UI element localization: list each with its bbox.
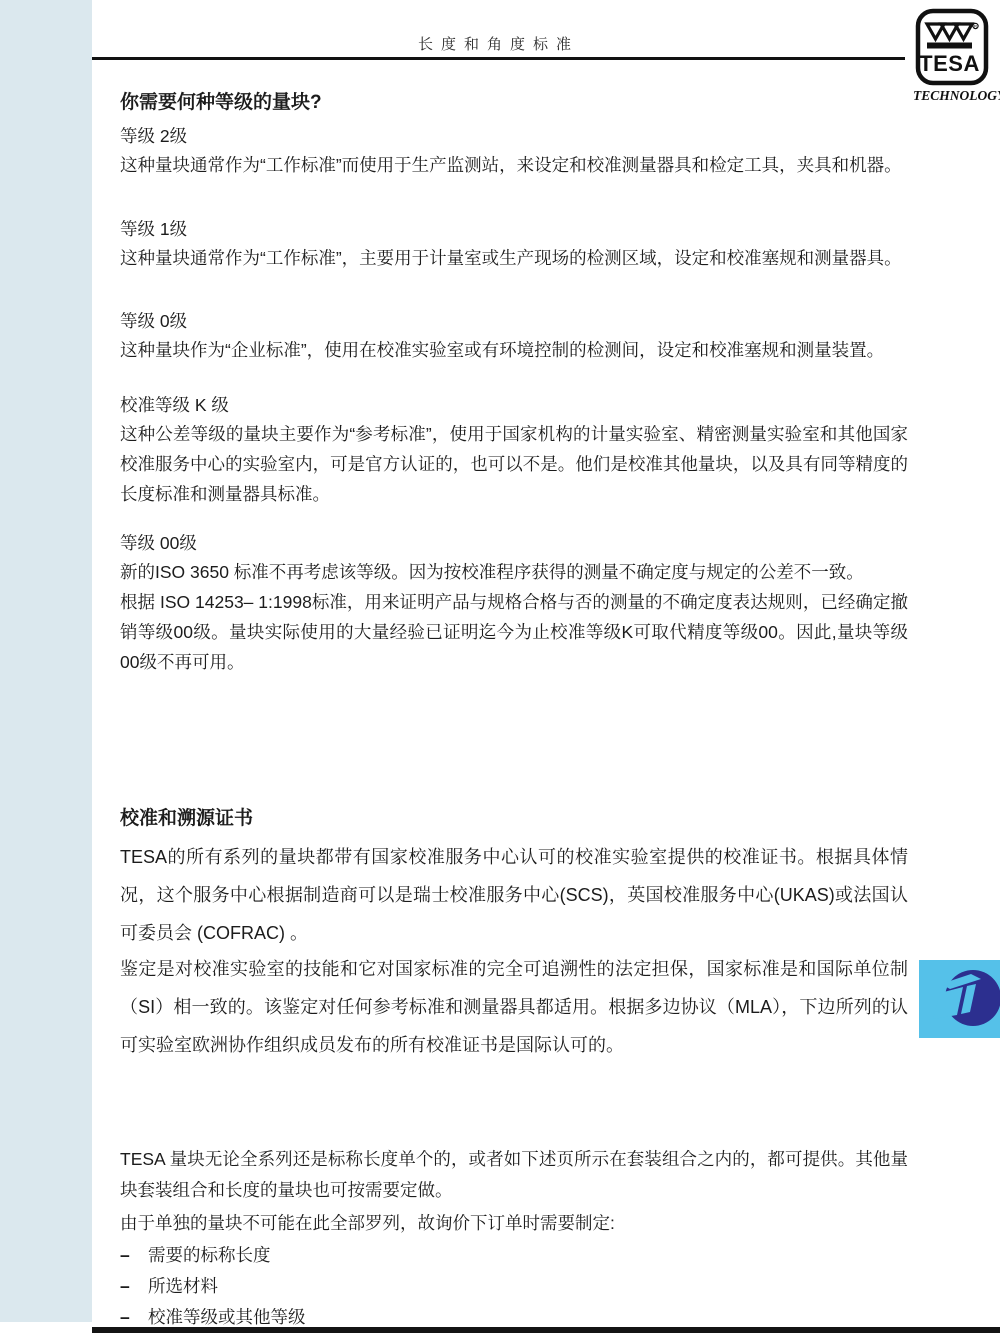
ordering-bullet-list: – 需要的标称长度 – 所选材料 – 校准等级或其他等级: [120, 1240, 908, 1333]
tesa-logo: R TESA TECHNOLOGY: [913, 8, 991, 104]
grade-heading: 等级 1级: [120, 215, 908, 243]
grade-section-00: 等级 00级 新的ISO 3650 标准不再考虑该等级。因为按校准程序获得的测量…: [120, 529, 908, 677]
svg-text:TESA: TESA: [919, 51, 980, 76]
calibration-paragraph-2: 鉴定是对校准实验室的技能和它对国家标准的完全可追溯性的法定担保，国家标准是和国际…: [120, 950, 908, 1064]
calibration-paragraph-1: TESA的所有系列的量块都带有国家校准服务中心认可的校准实验室提供的校准证书。根…: [120, 838, 908, 952]
bullet-text: 需要的标称长度: [148, 1240, 271, 1271]
grade-body-line-2: 根据 ISO 14253– 1:1998标准，用来证明产品与规格合格与否的测量的…: [120, 587, 908, 677]
footer-rule: [92, 1327, 1000, 1333]
bullet-text: 所选材料: [148, 1271, 218, 1302]
grade-section-1: 等级 1级 这种量块通常作为“工作标准”，主要用于计量室或生产现场的检测区域，设…: [120, 215, 908, 273]
left-margin-band: [0, 0, 92, 1322]
grade-body: 新的ISO 3650 标准不再考虑该等级。因为按校准程序获得的测量不确定度与规定…: [120, 557, 908, 677]
page-title: 你需要何种等级的量块?: [120, 90, 908, 116]
header-rule: [92, 57, 905, 60]
grade-section-k: 校准等级 K 级 这种公差等级的量块主要作为“参考标准”，使用于国家机构的计量实…: [120, 391, 908, 509]
list-item: – 需要的标称长度: [120, 1240, 908, 1271]
grade-body: 这种公差等级的量块主要作为“参考标准”，使用于国家机构的计量实验室、精密测量实验…: [120, 419, 908, 509]
ordering-paragraph-2: 由于单独的量块不可能在此全部罗列，故询价下订单时需要制定:: [120, 1208, 908, 1239]
bullet-dash-icon: –: [120, 1271, 148, 1302]
tesa-tagline: TECHNOLOGY: [913, 88, 991, 104]
grade-section-2: 等级 2级 这种量块通常作为“工作标准”而使用于生产监测站，来设定和校准测量器具…: [120, 122, 908, 180]
grade-body: 这种量块作为“企业标准”，使用在校准实验室或有环境控制的检测间，设定和校准塞规和…: [120, 335, 908, 365]
grade-body: 这种量块通常作为“工作标准”而使用于生产监测站，来设定和校准测量器具和检定工具，…: [120, 150, 908, 180]
catalog-page: { "colors": { "sidebar": "#dbe8ee", "rul…: [0, 0, 1000, 1334]
bullet-dash-icon: –: [120, 1240, 148, 1271]
calibration-heading: 校准和溯源证书: [120, 806, 908, 832]
grade-heading: 校准等级 K 级: [120, 391, 908, 419]
grade-body-line-1: 新的ISO 3650 标准不再考虑该等级。因为按校准程序获得的测量不确定度与规定…: [120, 557, 908, 587]
grade-body: 这种量块通常作为“工作标准”，主要用于计量室或生产现场的检测区域，设定和校准塞规…: [120, 243, 908, 273]
grade-heading: 等级 00级: [120, 529, 908, 557]
grade-heading: 等级 2级: [120, 122, 908, 150]
grade-heading: 等级 0级: [120, 307, 908, 335]
tesa-logo-icon: R TESA: [913, 8, 991, 86]
grade-section-0: 等级 0级 这种量块作为“企业标准”，使用在校准实验室或有环境控制的检测间，设定…: [120, 307, 908, 365]
gauge-block-badge-icon: [919, 960, 1000, 1038]
list-item: – 所选材料: [120, 1271, 908, 1302]
ordering-paragraph-1: TESA 量块无论全系列还是标称长度单个的，或者如下述页所示在套装组合之内的，都…: [120, 1144, 908, 1206]
page-header-title: 长度和角度标准: [92, 33, 905, 54]
